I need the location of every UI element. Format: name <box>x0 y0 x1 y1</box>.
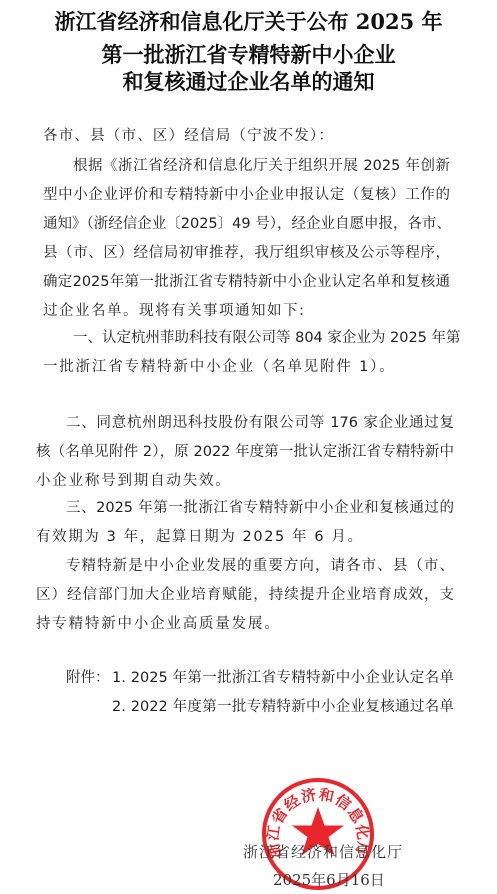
attachments-label: 附件： <box>66 668 110 688</box>
closing-line: 区）经信部门加大企业培育赋能，持续提升企业培育成效，支 <box>36 585 454 605</box>
closing-line: 持专精特新中小企业高质量发展。 <box>36 614 281 634</box>
salutation: 各市、县（市、区）经信局（宁波不发）： <box>43 126 334 146</box>
attachment-item-1: 1. 2025 年第一批浙江省专精特新中小企业认定名单 <box>112 668 454 688</box>
signature: 浙江省经济和信息化厅 <box>243 842 403 862</box>
item-1-line: 一、认定杭州菲助科技有限公司等 804 家企业为 2025 年第 <box>73 328 450 348</box>
intro-line: 确定2025年第一批浙江省专精特新中小企业认定名单和复核通 <box>43 272 450 292</box>
document-title-line-1: 浙江省经济和信息化厅关于公布 2025 年 <box>0 8 497 36</box>
intro-line: 通知》（浙经信企业〔2025〕49 号），经企业自愿申报，各市、 <box>43 214 450 234</box>
item-2-line: 小企业称号到期自动失效。 <box>36 471 232 491</box>
document-title-line-2: 第一批浙江省专精特新中小企业 <box>0 41 497 69</box>
item-1-line: 一批浙江省专精特新中小企业（名单见附件 1）。 <box>43 357 395 377</box>
item-3-line: 有效期为 3 年，起算日期为 2025 年 6 月。 <box>36 527 364 547</box>
intro-line: 县（市、区）经信局初审推荐，我厅组织审核及公示等程序， <box>43 243 450 263</box>
item-3-line: 三、2025 年第一批浙江省专精特新中小企业和复核通过的 <box>66 498 454 518</box>
item-2-line: 二、同意杭州朗迅科技股份有限公司等 176 家企业通过复 <box>66 413 454 433</box>
document-title-line-3: 和复核通过企业名单的通知 <box>0 68 497 96</box>
date: 2025年6月16日 <box>273 870 385 890</box>
intro-line: 根据《浙江省经济和信息化厅关于组织开展 2025 年创新 <box>73 156 450 176</box>
item-2-line: 核（名单见附件 2），原 2022 年度第一批认定浙江省专精特新中 <box>36 442 454 462</box>
attachment-item-2: 2. 2022 年度第一批专精特新中小企业复核通过名单 <box>112 697 454 717</box>
intro-line: 过企业名单。现将有关事项通知如下: <box>43 301 305 321</box>
closing-line: 专精特新是中小企业发展的重要方向，请各市、县（市、 <box>66 556 454 576</box>
intro-line: 型中小企业评价和专精特新中小企业申报认定（复核）工作的 <box>43 185 450 205</box>
